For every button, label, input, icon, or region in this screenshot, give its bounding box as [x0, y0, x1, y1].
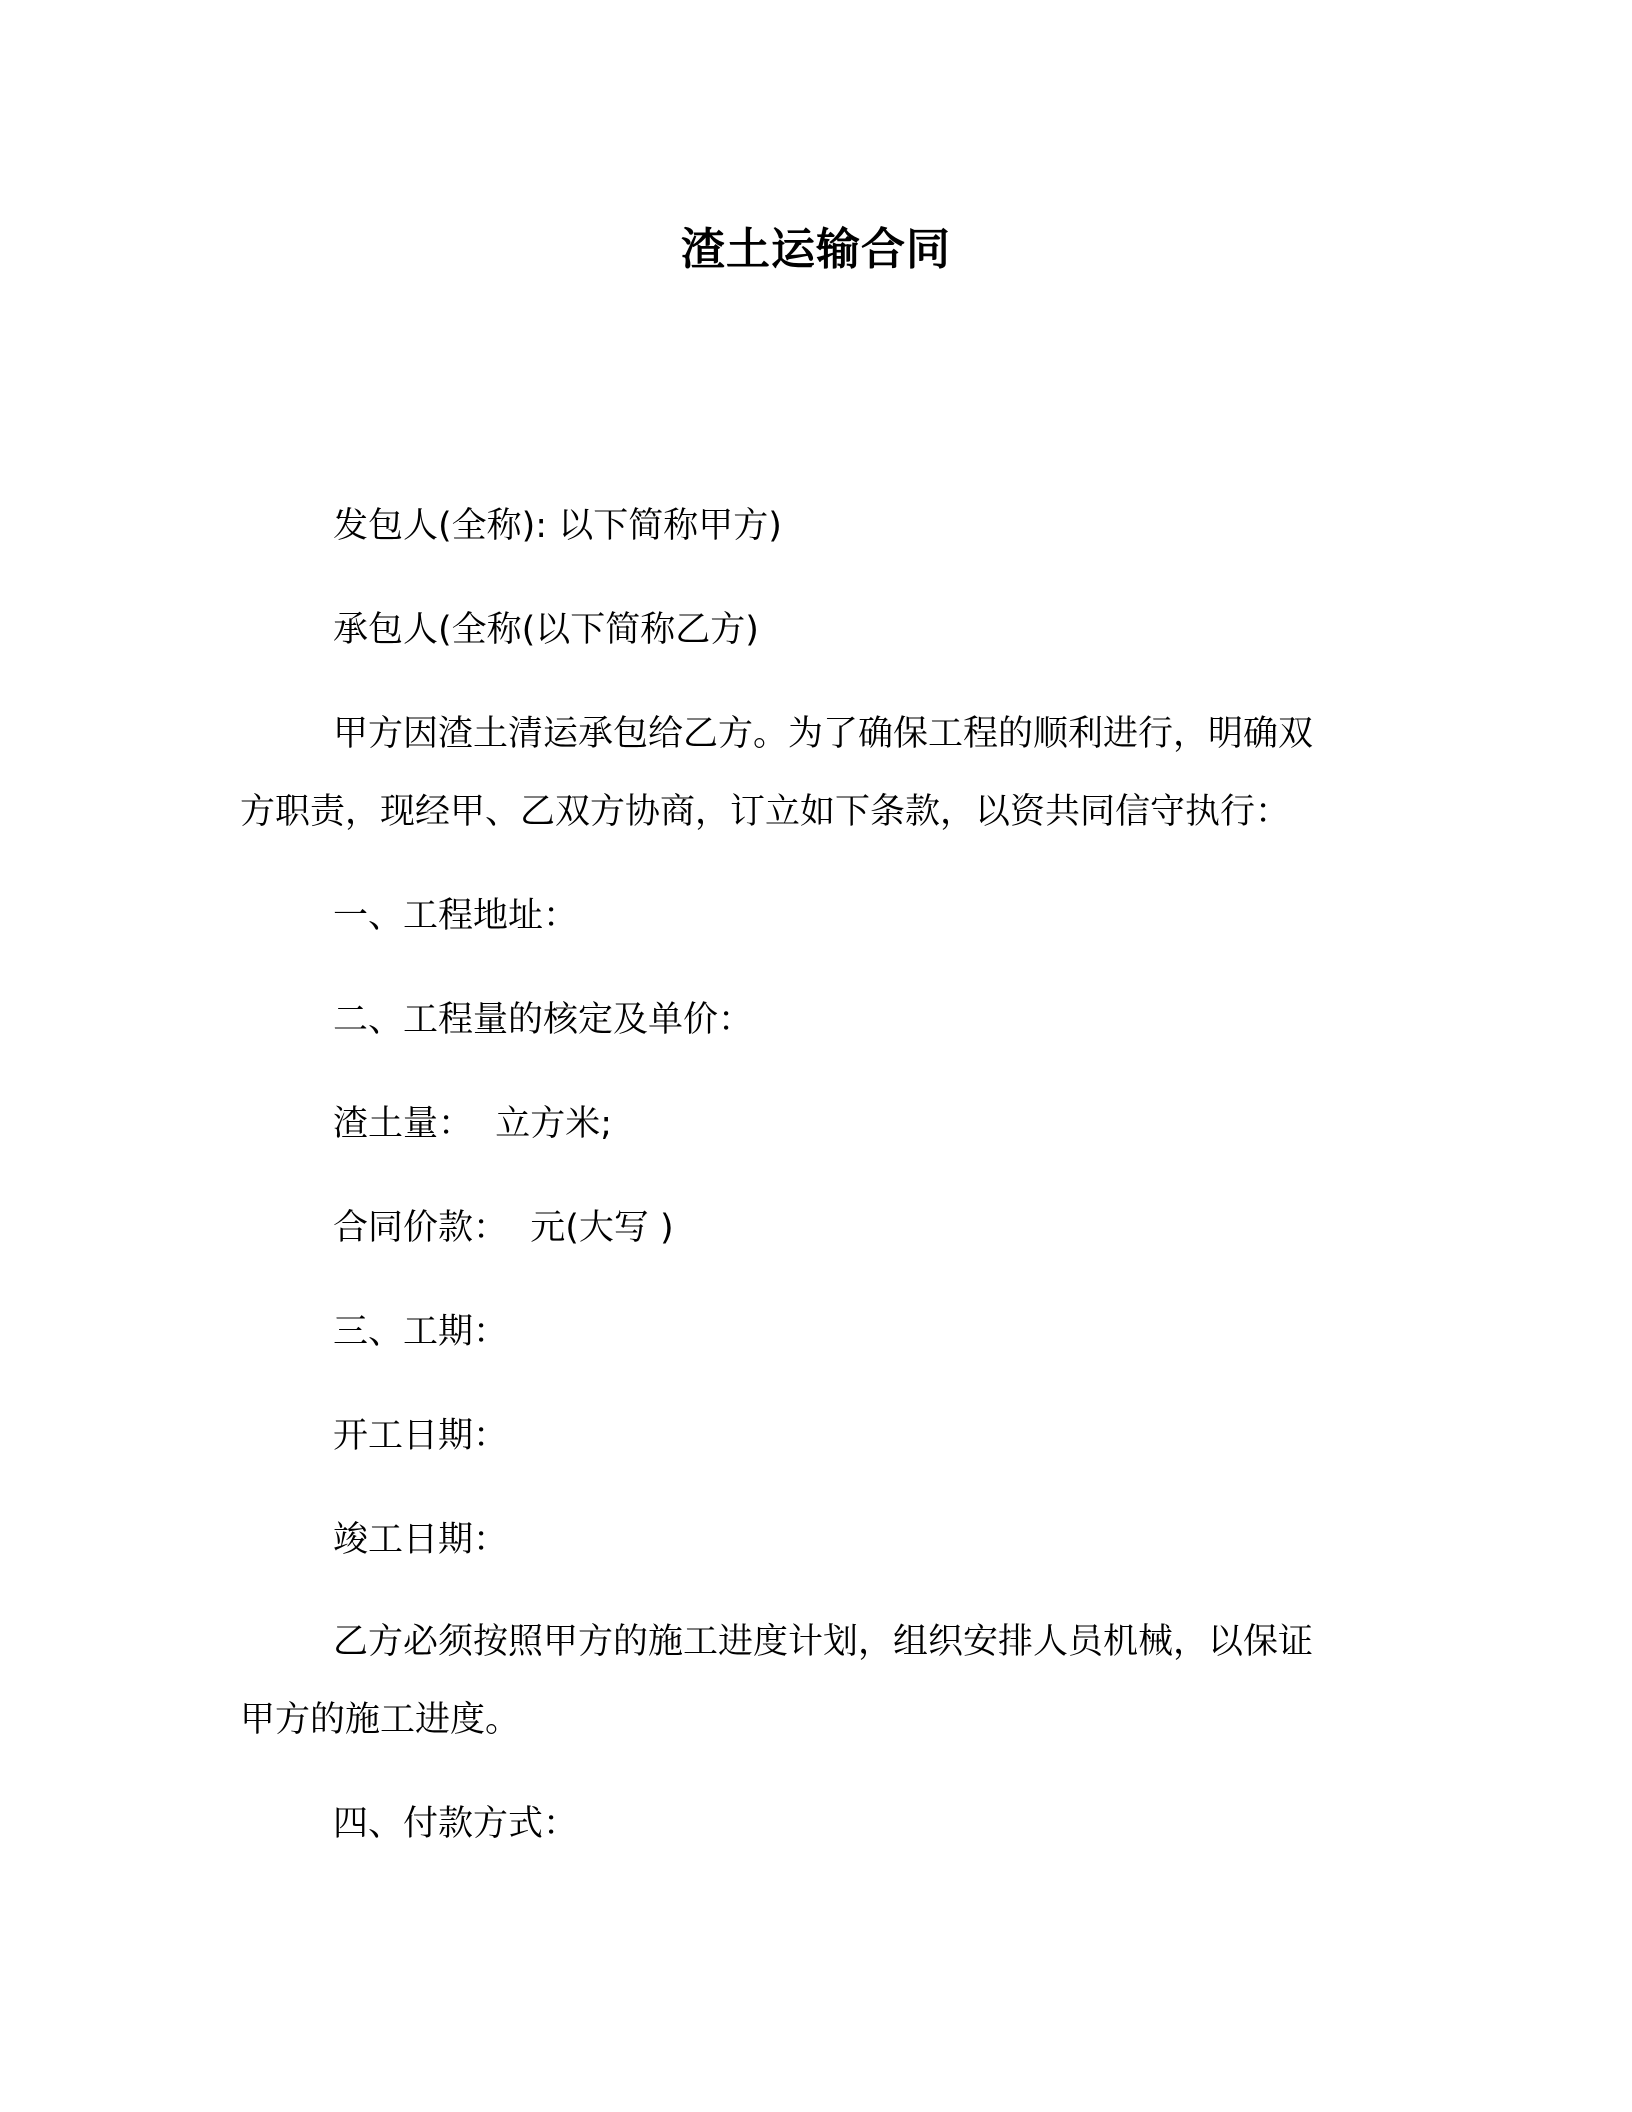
contract-price-line: 合同价款： 元(大写 )	[240, 1189, 1380, 1267]
section-1-heading: 一、工程地址：	[240, 877, 1380, 955]
preamble-line-1: 甲方因渣土清运承包给乙方。为了确保工程的顺利进行，明确双	[240, 695, 1380, 773]
preamble-line-2: 方职责，现经甲、乙双方协商，订立如下条款，以资共同信守执行：	[240, 773, 1380, 851]
document-page: 渣土运输合同 发包人(全称): 以下简称甲方) 承包人(全称(以下简称乙方) 甲…	[0, 0, 1632, 2112]
section-4-heading: 四、付款方式：	[240, 1785, 1380, 1863]
section-3-heading: 三、工期：	[240, 1293, 1380, 1371]
preamble-paragraph: 甲方因渣土清运承包给乙方。为了确保工程的顺利进行，明确双 方职责，现经甲、乙双方…	[240, 695, 1380, 851]
schedule-clause-line-2: 甲方的施工进度。	[240, 1681, 1380, 1759]
employer-line: 发包人(全称): 以下简称甲方)	[240, 487, 1380, 565]
contractor-line: 承包人(全称(以下简称乙方)	[240, 591, 1380, 669]
schedule-clause-paragraph: 乙方必须按照甲方的施工进度计划，组织安排人员机械，以保证 甲方的施工进度。	[240, 1603, 1380, 1759]
section-2-heading: 二、工程量的核定及单价：	[240, 981, 1380, 1059]
document-title: 渣土运输合同	[0, 220, 1632, 280]
start-date-line: 开工日期：	[240, 1397, 1380, 1475]
schedule-clause-line-1: 乙方必须按照甲方的施工进度计划，组织安排人员机械，以保证	[240, 1603, 1380, 1681]
volume-line: 渣土量： 立方米;	[240, 1085, 1380, 1163]
end-date-line: 竣工日期：	[240, 1501, 1380, 1579]
